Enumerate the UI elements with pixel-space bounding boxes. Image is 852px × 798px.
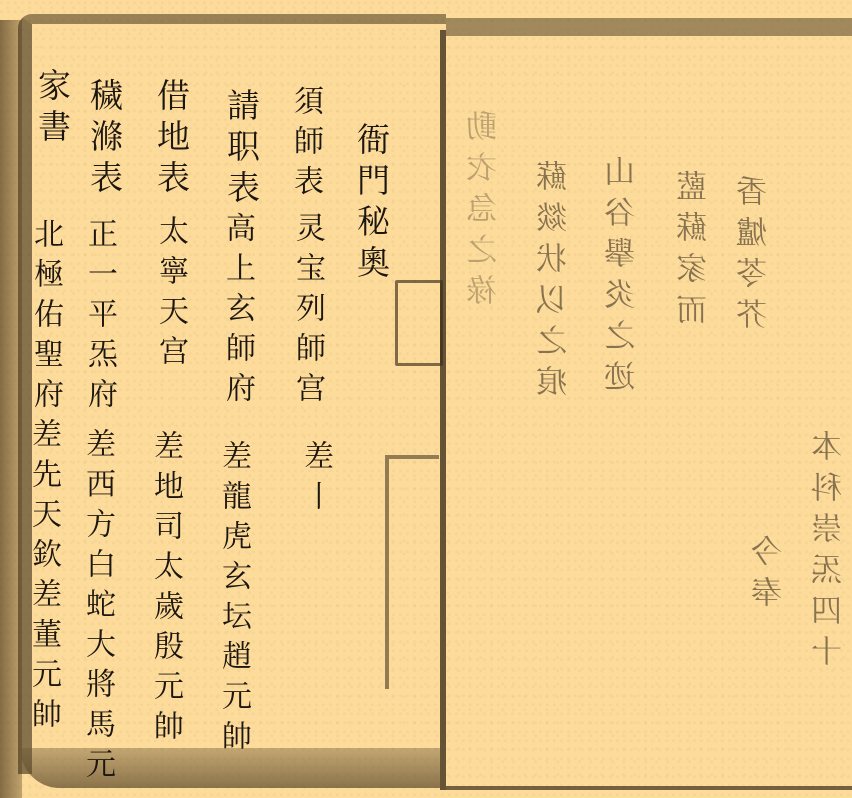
faint-column-1: 香爐苓芥 bbox=[740, 175, 771, 339]
faint-column-3: 山谷擧炎之迹 bbox=[608, 155, 639, 401]
heading-qing-zhi-biao: 請职表 bbox=[225, 88, 258, 211]
faint-column-2: 藍蘇家而 bbox=[680, 170, 711, 334]
binding-string bbox=[395, 280, 443, 366]
page-title: 衙門秘奧 bbox=[355, 122, 388, 286]
dispatch-yin: 差地司太歲殷元帥 bbox=[150, 430, 180, 750]
faint-column-7: 今奉 bbox=[755, 535, 786, 617]
dispatch-1: 差丨 bbox=[300, 440, 330, 520]
dest-beiji: 北極佑聖府 bbox=[30, 218, 60, 418]
heading-jia-shu: 家書 bbox=[36, 68, 69, 150]
dest-gaoshang: 高上玄師府 bbox=[222, 212, 252, 412]
faint-column-5: 動衣急之祿 bbox=[470, 110, 501, 315]
dest-zhengyi: 正一平炁府 bbox=[84, 218, 114, 418]
right-page bbox=[446, 18, 852, 790]
faint-column-6: 本科崇炁四十 bbox=[815, 430, 846, 676]
heading-xu-shi-biao: 須師表 bbox=[290, 85, 320, 205]
faint-column-4: 蘇燚状以之痕 bbox=[540, 160, 571, 406]
heading-jie-di-biao: 借地表 bbox=[155, 78, 188, 201]
dispatch-zhao: 差龍虎玄坛趙元帥 bbox=[218, 440, 248, 760]
binding-string-lower bbox=[385, 455, 439, 689]
heading-hui-di-biao: 穢滌表 bbox=[88, 78, 121, 201]
dispatch-ma: 差西方白蛇大將馬元 bbox=[82, 428, 112, 788]
dest-taining: 太寧天宫 bbox=[155, 215, 185, 375]
dest-lingbao: 灵宝列師宫 bbox=[292, 212, 322, 412]
dispatch-dong: 差先天欽差董元帥 bbox=[28, 418, 58, 738]
book-spine bbox=[440, 30, 446, 790]
